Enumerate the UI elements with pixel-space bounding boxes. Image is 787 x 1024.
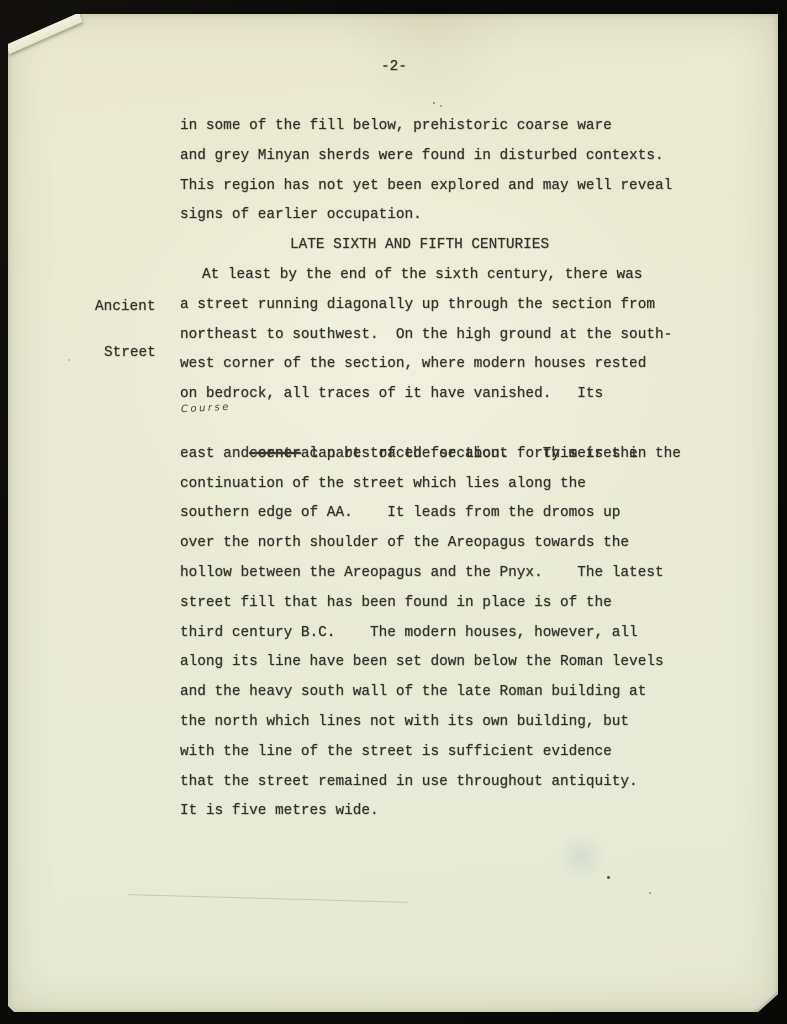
folded-corner-bottom-right [755, 993, 785, 1021]
typed-line: At least by the end of the sixth century… [180, 261, 740, 291]
margin-note-line: Ancient [95, 300, 156, 315]
paper-speck [649, 892, 651, 894]
typed-text-block: in some of the fill below, prehistoric c… [180, 112, 740, 827]
typed-line: It is five metres wide. [180, 797, 740, 827]
typed-line: This region has not yet been explored an… [180, 172, 740, 202]
paper-speck [440, 105, 442, 107]
typed-line: southern edge of AA. It leads from the d… [180, 499, 740, 529]
typed-line: third century B.C. The modern houses, ho… [180, 619, 740, 649]
typed-line: the north which lines not with its own b… [180, 708, 740, 738]
margin-note: Ancient Street [95, 270, 156, 392]
typed-line: that the street remained in use througho… [180, 768, 740, 798]
document-page: -2- Ancient Street in some of the fill b… [8, 14, 778, 1012]
paper-scratch [128, 894, 408, 903]
typed-line: over the north shoulder of the Areopagus… [180, 529, 740, 559]
typed-line: hollow between the Areopagus and the Pny… [180, 559, 740, 589]
typed-line-with-correction: Coursecorner can be traced for about for… [180, 410, 740, 440]
page-number: -2- [381, 59, 407, 75]
typed-line: with the line of the street is sufficien… [180, 738, 740, 768]
struck-word: corner [249, 446, 301, 462]
section-heading: LATE SIXTH AND FIFTH CENTURIES [180, 231, 740, 261]
typed-line: a street running diagonally up through t… [180, 291, 740, 321]
typed-line: in some of the fill below, prehistoric c… [180, 112, 740, 142]
typed-line: on bedrock, all traces of it have vanish… [180, 380, 740, 410]
typed-line: street fill that has been found in place… [180, 589, 740, 619]
paper-speck [68, 359, 70, 361]
margin-note-line: Street [95, 346, 156, 361]
typed-line: continuation of the street which lies al… [180, 470, 740, 500]
scan-background: -2- Ancient Street in some of the fill b… [0, 0, 787, 1024]
paper-speck [433, 102, 435, 104]
folded-corner-top-left [5, 12, 83, 54]
typed-line: along its line have been set down below … [180, 648, 740, 678]
typed-line: and grey Minyan sherds were found in dis… [180, 142, 740, 172]
handwritten-correction: Course [181, 403, 231, 416]
paper-speck [607, 876, 610, 879]
typed-line: signs of earlier occupation. [180, 201, 740, 231]
typed-line: west corner of the section, where modern… [180, 350, 740, 380]
typed-line-remainder: can be traced for about forty metres in … [301, 446, 681, 462]
typed-line: and the heavy south wall of the late Rom… [180, 678, 740, 708]
typed-line: northeast to southwest. On the high grou… [180, 321, 740, 351]
